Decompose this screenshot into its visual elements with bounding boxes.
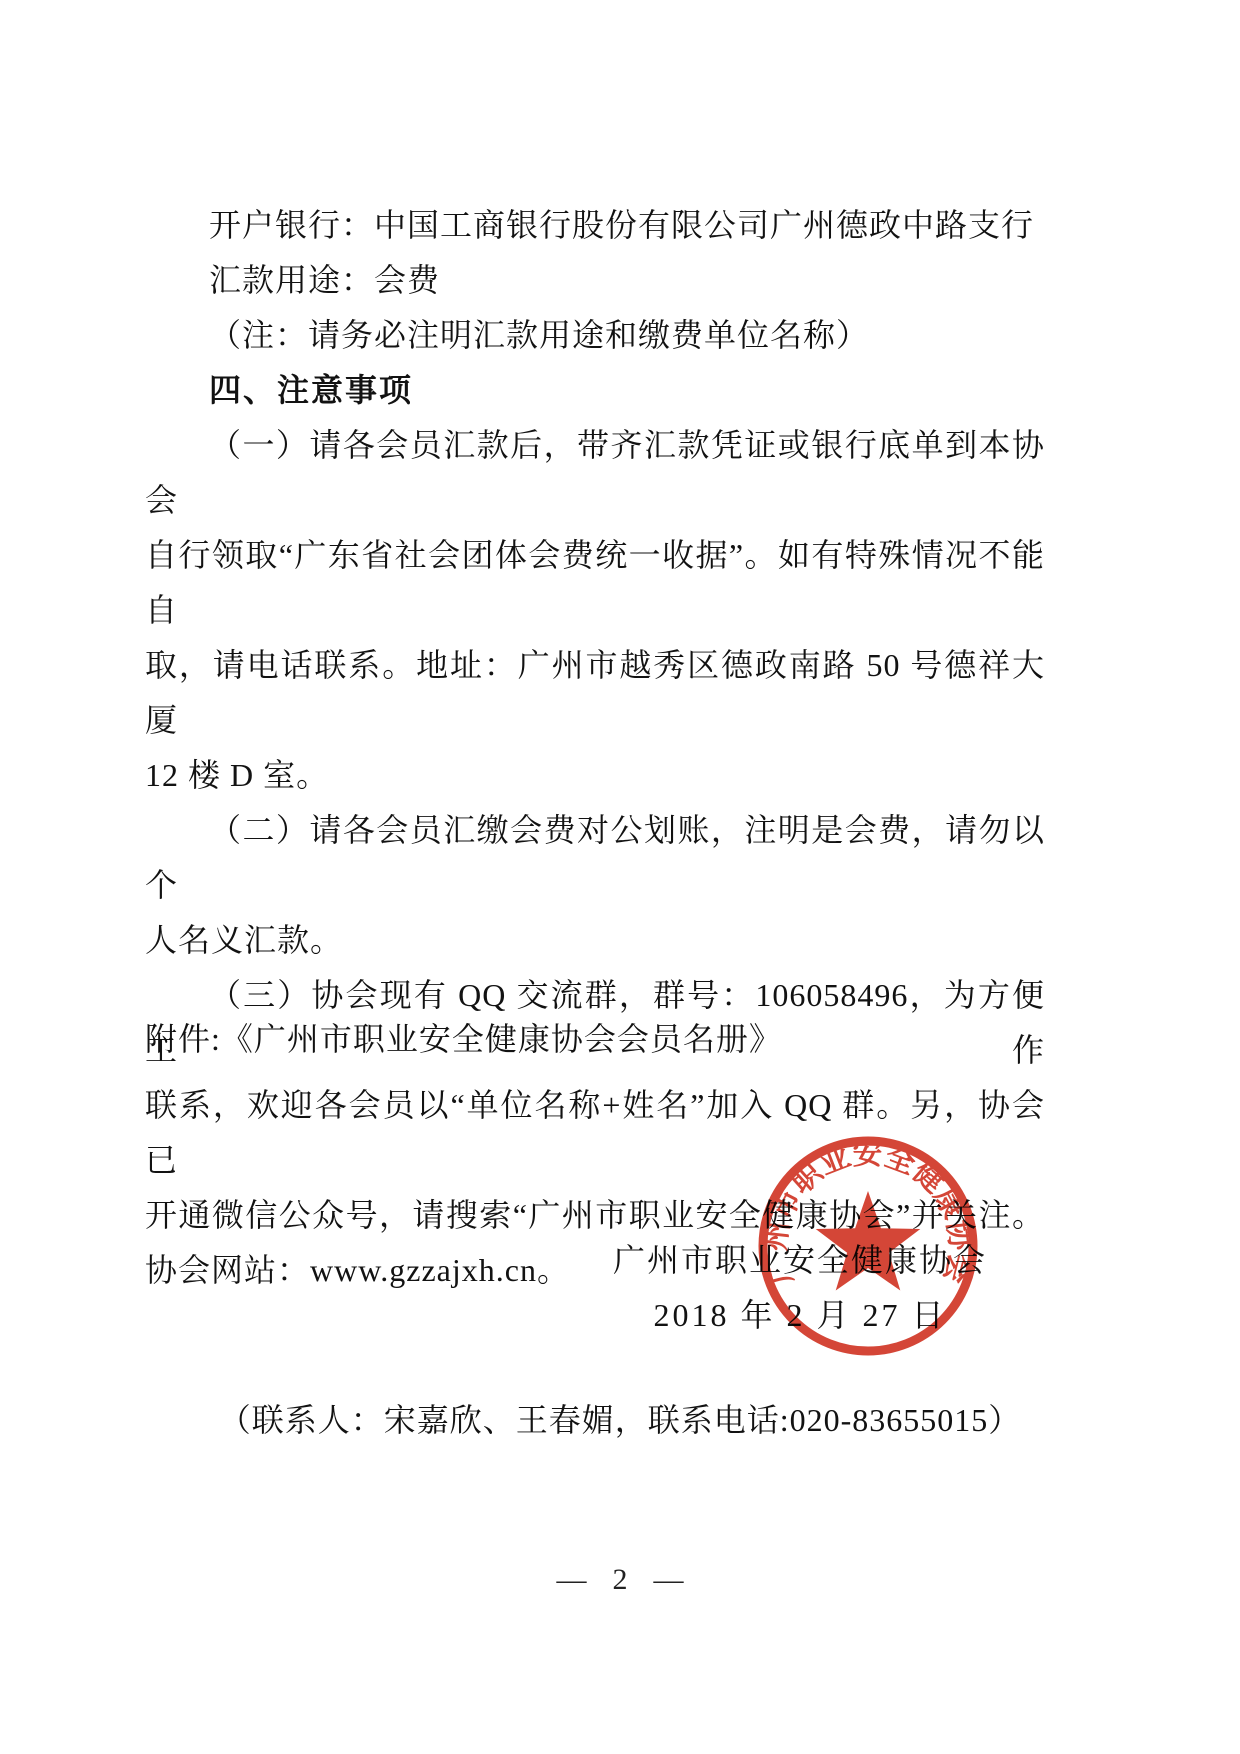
footer-dash-right: — xyxy=(654,1563,684,1596)
section-heading: 四、注意事项 xyxy=(145,363,1045,418)
body-line-item1-b: 自行领取“广东省社会团体会费统一收据”。如有特殊情况不能自 xyxy=(145,528,1045,638)
body-line-bank: 开户银行：中国工商银行股份有限公司广州德政中路支行 xyxy=(145,198,1045,253)
body-line-item2-a: （二）请各会员汇缴会费对公划账，注明是会费，请勿以个 xyxy=(145,803,1045,913)
body-line-item1-c: 取，请电话联系。地址：广州市越秀区德政南路 50 号德祥大厦 xyxy=(145,638,1045,748)
contact-line: （联系人：宋嘉欣、王春媚，联系电话:020-83655015） xyxy=(0,1393,1240,1448)
body-line-item2-b: 人名义汇款。 xyxy=(145,913,1045,968)
body-line-item1-d: 12 楼 D 室。 xyxy=(145,748,1045,803)
seal-star-icon xyxy=(816,1191,921,1291)
body-line-purpose: 汇款用途：会费 xyxy=(145,253,1045,308)
footer-dash-left: — xyxy=(557,1563,587,1596)
document-page: 开户银行：中国工商银行股份有限公司广州德政中路支行 汇款用途：会费 （注：请务必… xyxy=(0,0,1240,1754)
body-line-item1-a: （一）请各会员汇款后，带齐汇款凭证或银行底单到本协会 xyxy=(145,418,1045,528)
page-footer: —2— xyxy=(0,1558,1240,1602)
official-seal: 广州市职业安全健康协会 xyxy=(748,1126,988,1366)
attachment-line: 附件:《广州市职业安全健康协会会员名册》 xyxy=(145,1012,1045,1067)
footer-page-number: 2 xyxy=(613,1563,628,1596)
body-line-note: （注：请务必注明汇款用途和缴费单位名称） xyxy=(145,308,1045,363)
